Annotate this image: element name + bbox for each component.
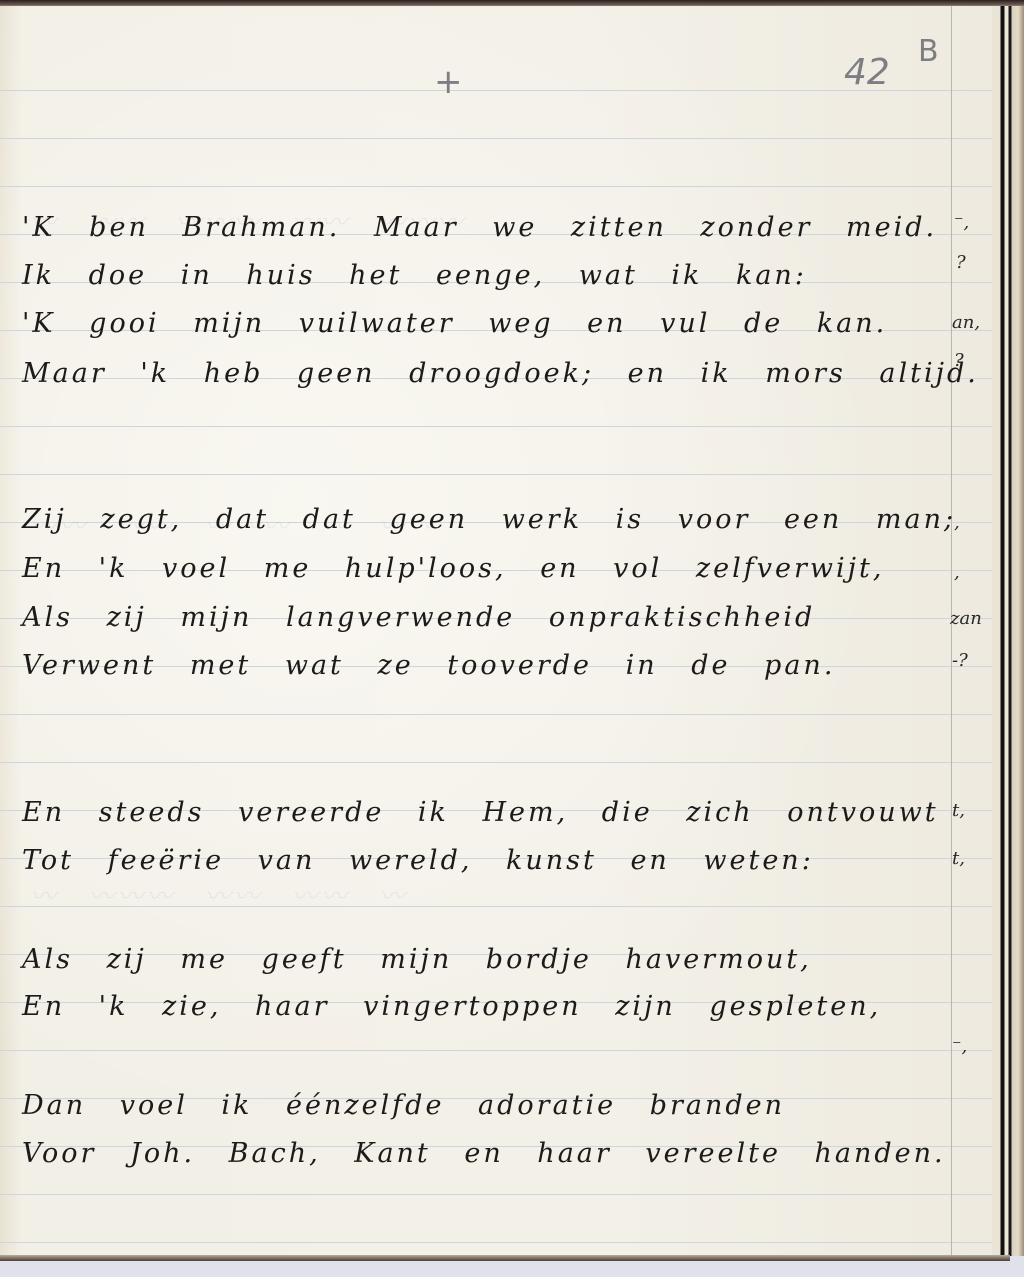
ruled-line [0,474,1000,475]
poem-line: Verwent met wat ze tooverde in de pan. [22,650,835,681]
pencil-cross-mark: + [434,62,463,102]
show-through-text: 〰 〰〰〰 〰〰 〰〰 〰 [30,876,408,913]
margin-note: ⁻, [954,212,969,233]
ruled-line [0,138,1000,139]
ruled-line [0,426,1000,427]
margin-note: , [954,512,960,533]
poem-line: En 'k zie, haar vingertoppen zijn gesple… [22,991,881,1022]
book-spine-edge [992,6,1024,1256]
ruled-line [0,186,1000,187]
ruled-line [0,714,1000,715]
poem-line: En steeds vereerde ik Hem, die zich ontv… [22,797,939,828]
margin-note: zan [950,608,982,629]
margin-note: t, [952,848,965,869]
poem-line: Als zij mijn langverwende onpraktischhei… [22,602,815,633]
poem-line: Tot feeërie van wereld, kunst en weten: [22,845,814,876]
margin-note: t, [952,800,965,821]
margin-note: ⁻, [952,1036,967,1057]
page-number: 42 [844,52,890,93]
book-bottom-edge [0,1255,1010,1261]
margin-rule [951,6,952,1256]
page-letter: B [918,34,939,69]
poem-line: Dan voel ik éénzelfde adoratie branden [22,1090,785,1121]
ruled-line [0,762,1000,763]
poem-line: Maar 'k heb geen droogdoek; en ik mors a… [22,358,979,389]
poem-line: Als zij me geeft mijn bordje havermout, [22,944,812,975]
poem-line: En 'k voel me hulp'loos, en vol zelfverw… [22,553,884,584]
margin-note: , [954,562,960,583]
margin-note: an, [952,312,980,333]
ruled-line [0,1194,1000,1195]
poem-line: Zij zegt, dat dat geen werk is voor een … [22,504,956,535]
margin-note: ? [954,350,964,371]
poem-line: Voor Joh. Bach, Kant en haar vereelte ha… [22,1138,946,1169]
margin-note: ? [956,252,966,273]
margin-note: -? [952,650,968,671]
ruled-line [0,1050,1000,1051]
poem-line: Ik doe in huis het eenge, wat ik kan: [22,260,807,291]
ruled-line [0,1242,1000,1243]
poem-line: 'K ben Brahman. Maar we zitten zonder me… [22,212,937,243]
poem-line: 'K gooi mijn vuilwater weg en vul de kan… [22,308,887,339]
